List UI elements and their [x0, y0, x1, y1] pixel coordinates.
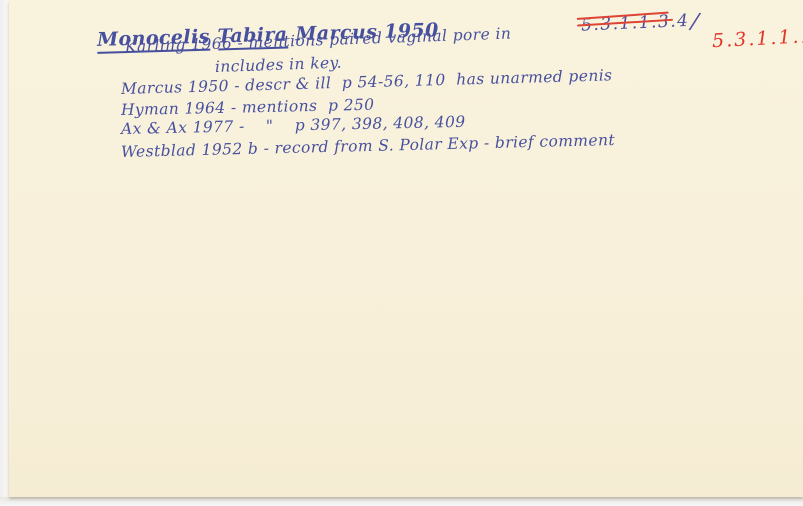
- slash-mark: /: [690, 9, 701, 35]
- scanned-card-image: MonocelisTabiraMarcus 1950 Karling 1966 …: [0, 0, 803, 506]
- catalog-number-new: 5.3.1.1.1.1: [712, 24, 803, 52]
- note-line: Marcus 1950 - descr & ill p 54-56, 110 h…: [121, 66, 613, 98]
- note-line: includes in key.: [215, 54, 343, 76]
- scan-margin-bottom: [0, 497, 803, 506]
- scan-margin-left: [0, 0, 9, 506]
- catalog-number-old: 5.3.1.1.3.4/: [581, 6, 701, 36]
- index-card: MonocelisTabiraMarcus 1950 Karling 1966 …: [9, 0, 803, 497]
